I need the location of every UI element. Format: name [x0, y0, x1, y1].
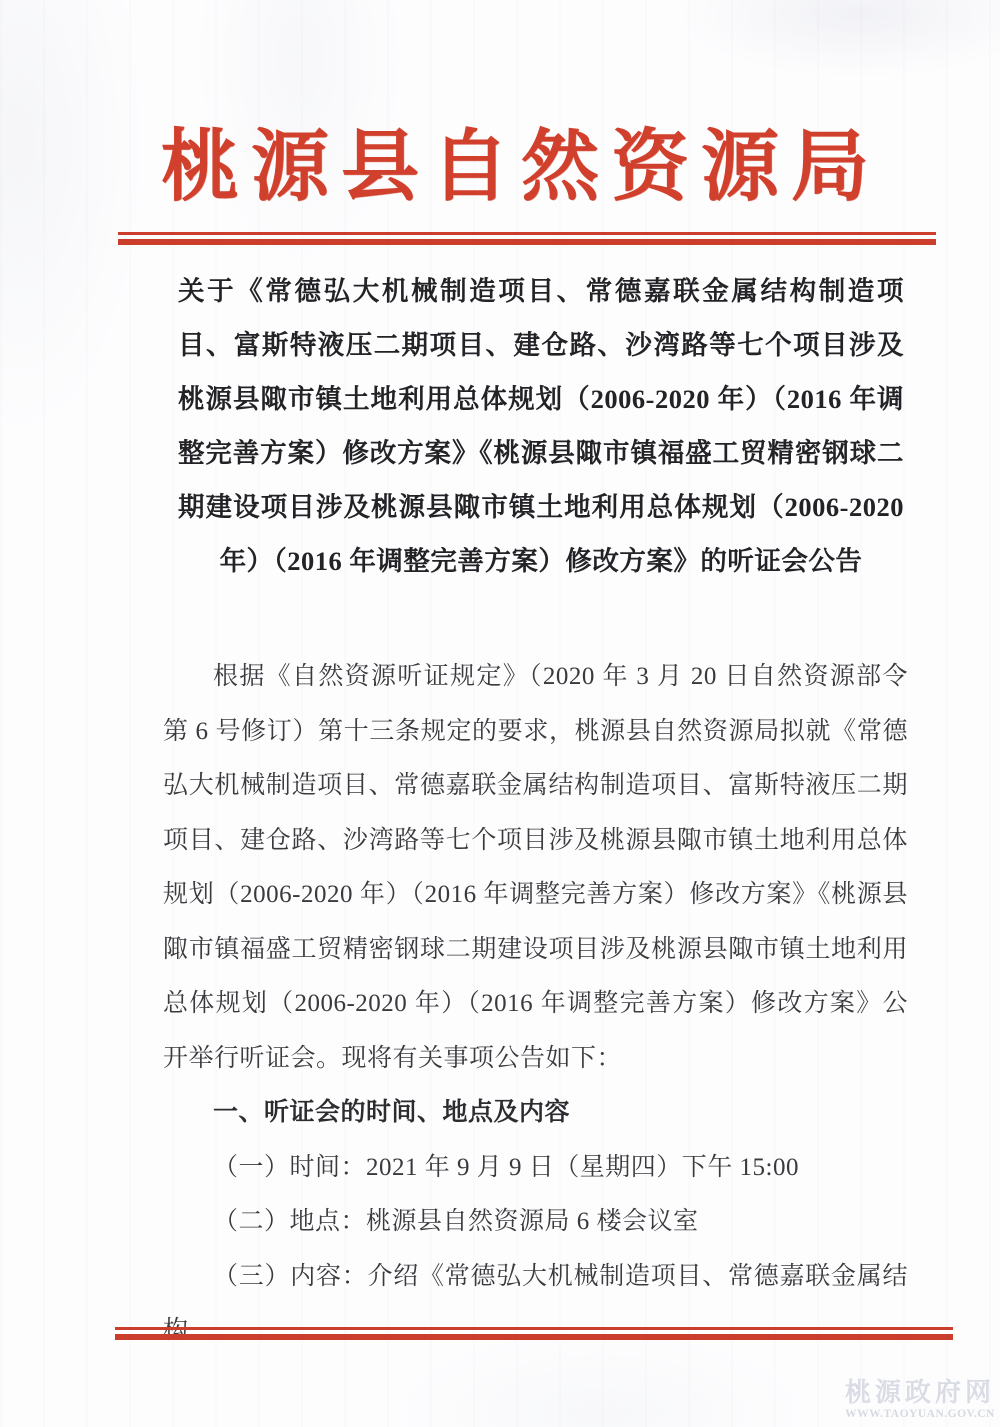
intro-paragraph: 根据《自然资源听证规定》（2020 年 3 月 20 日自然资源部令第 6 号修…	[163, 650, 908, 1086]
hearing-location-item: （二）地点：桃源县自然资源局 6 楼会议室	[163, 1195, 908, 1250]
hearing-time-item: （一）时间：2021 年 9 月 9 日（星期四）下午 15:00	[163, 1141, 908, 1196]
hearing-content-item: （三）内容：介绍《常德弘大机械制造项目、常德嘉联金属结构	[163, 1250, 908, 1359]
watermark: 桃源政府网 WWW.TAOYUAN.GOV.CN	[845, 1379, 995, 1421]
footer-rule	[115, 1327, 953, 1340]
document-title: 关于《常德弘大机械制造项目、常德嘉联金属结构制造项目、富斯特液压二期项目、建仓路…	[178, 264, 904, 588]
letterhead-rule-thick	[118, 239, 936, 245]
footer-rule-thin	[115, 1327, 953, 1330]
section-heading: 一、听证会的时间、地点及内容	[163, 1086, 908, 1141]
announcement-body: 根据《自然资源听证规定》（2020 年 3 月 20 日自然资源部令第 6 号修…	[163, 650, 908, 1359]
scanned-document-page: 桃源县自然资源局 关于《常德弘大机械制造项目、常德嘉联金属结构制造项目、富斯特液…	[0, 0, 1000, 1427]
watermark-site-name: 桃源政府网	[845, 1379, 995, 1407]
letterhead-rule-thin	[118, 232, 936, 235]
letterhead-agency-name: 桃源县自然资源局	[0, 104, 1000, 216]
watermark-site-url: WWW.TAOYUAN.GOV.CN	[845, 1407, 995, 1421]
footer-rule-thick	[115, 1334, 953, 1340]
letterhead-rule	[118, 232, 936, 245]
